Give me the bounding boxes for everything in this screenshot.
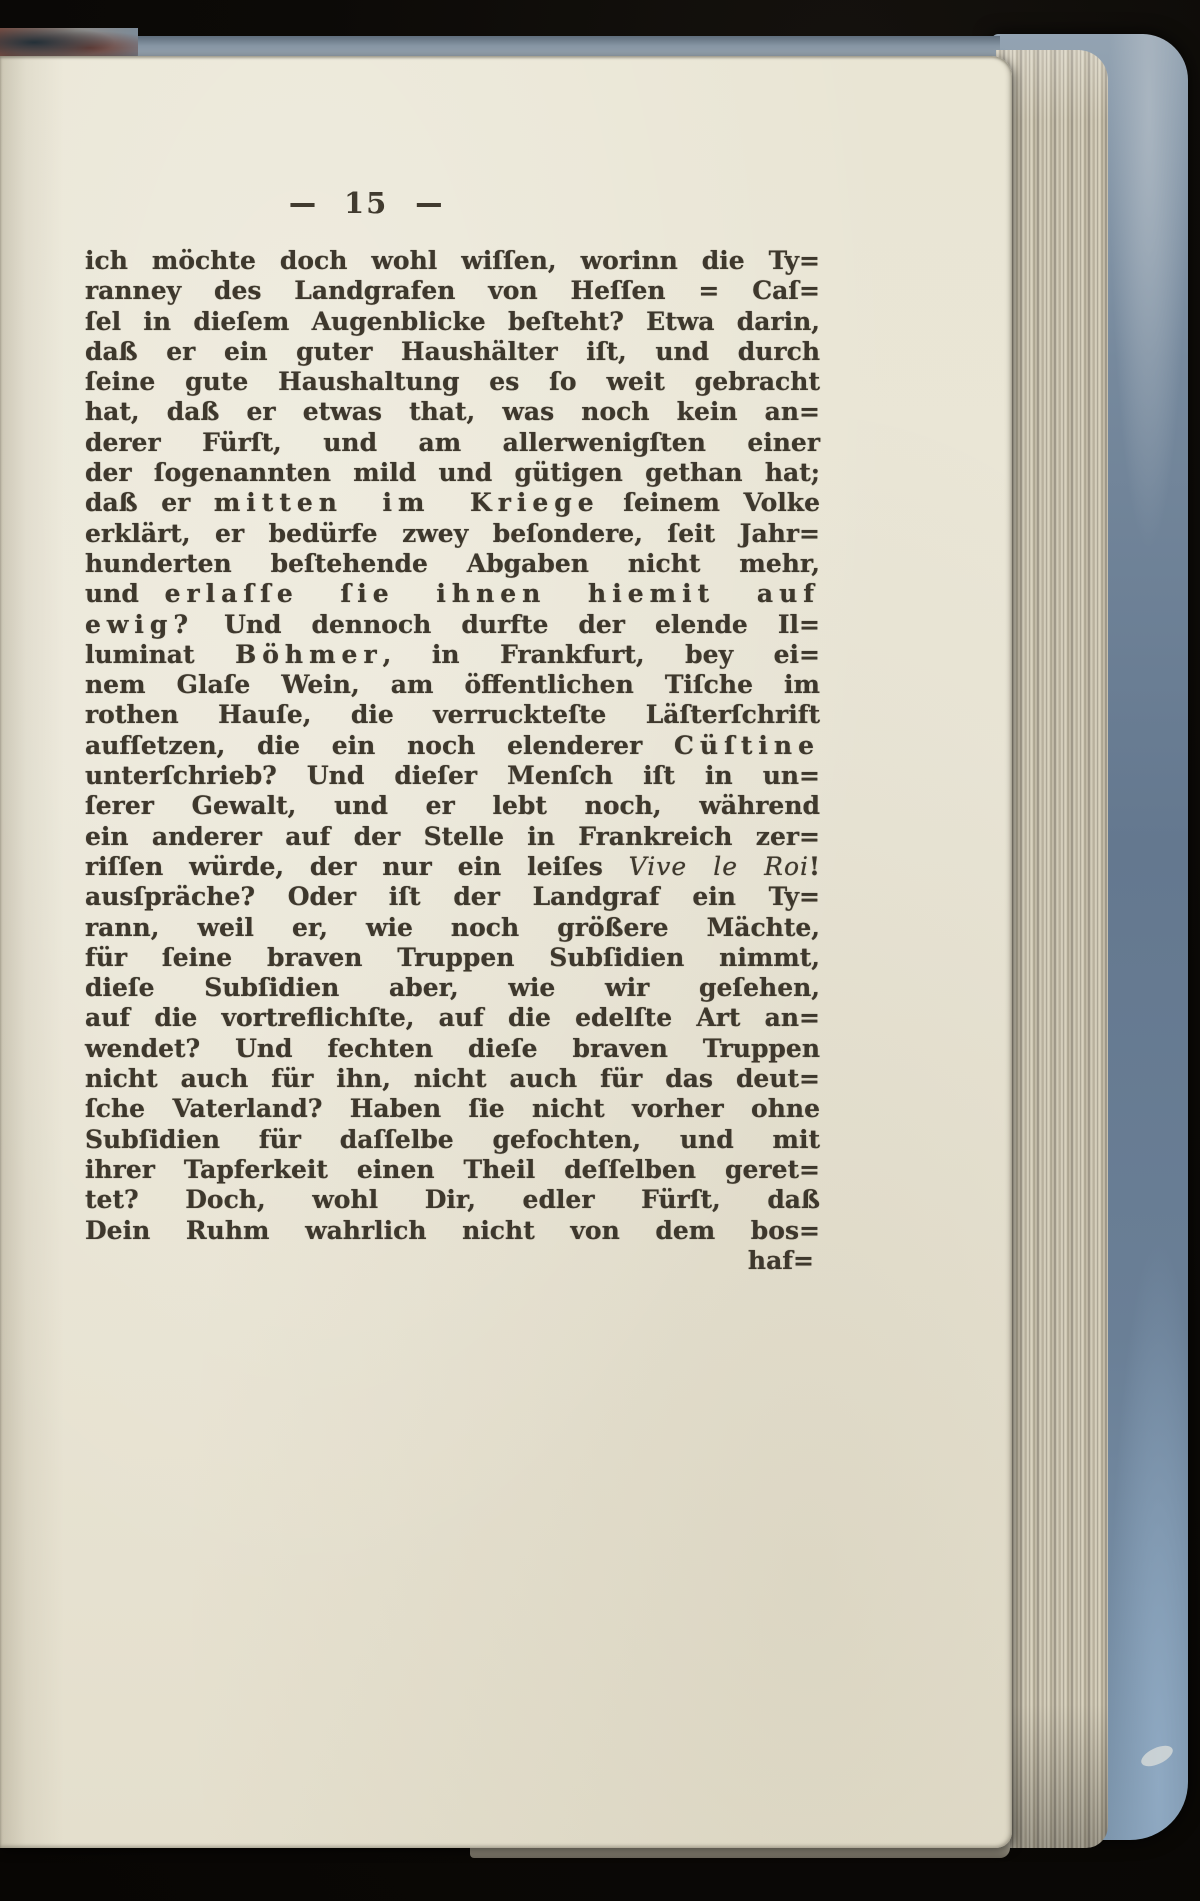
header-right-dash: — — [415, 184, 443, 223]
text-segment: aufſetzen, die ein noch elenderer — [85, 731, 674, 760]
text-segment: ſeine gute Haushaltung es ſo weit gebrac… — [85, 367, 820, 396]
text-segment: ihrer Tapferkeit einen Theil deſſelben g… — [85, 1155, 820, 1184]
header-left-dash: — — [289, 184, 317, 223]
text-segment: nem Glaſe Wein, am öffentlichen Tiſche i… — [85, 670, 820, 699]
emphasized-phrase: ewig? — [85, 610, 194, 639]
text-segment: auf die vortreflichſte, auf die edelſte … — [85, 1003, 820, 1032]
text-segment: tet? Doch, wohl Dir, edler Fürſt, daß — [85, 1185, 820, 1214]
text-line: ewig? Und dennoch durfte der elende Il= — [85, 610, 820, 640]
text-line: ich möchte doch wohl wiſſen, worinn die … — [85, 246, 820, 276]
emphasized-phrase: Cüſtine — [674, 731, 820, 760]
text-line: tet? Doch, wohl Dir, edler Fürſt, daß — [85, 1185, 820, 1215]
text-segment: und — [85, 579, 165, 608]
text-line: ſche Vaterland? Haben ſie nicht vorher o… — [85, 1094, 820, 1124]
text-segment: rann, weil er, wie noch größere Mächte, — [85, 913, 820, 942]
text-segment: hunderten beſtehende Abgaben nicht mehr, — [85, 549, 820, 578]
text-line: rann, weil er, wie noch größere Mächte, — [85, 913, 820, 943]
text-segment: riſſen würde, der nur ein leiſes — [85, 852, 629, 881]
text-line: luminat Böhmer, in Frankfurt, bey ei= — [85, 640, 820, 670]
text-line: hunderten beſtehende Abgaben nicht mehr, — [85, 549, 820, 579]
text-segment: ich möchte doch wohl wiſſen, worinn die … — [85, 246, 820, 275]
text-line: daß er ein guter Haushälter iſt, und dur… — [85, 337, 820, 367]
text-line: auf die vortreflichſte, auf die edelſte … — [85, 1003, 820, 1033]
text-block: ich möchte doch wohl wiſſen, worinn die … — [85, 246, 820, 1276]
text-line: rothen Hauſe, die verruckteſte Läſterſch… — [85, 700, 820, 730]
text-line: ausſpräche? Oder iſt der Landgraf ein Ty… — [85, 882, 820, 912]
text-line: dieſe Subſidien aber, wie wir geſehen, — [85, 973, 820, 1003]
text-line: nem Glaſe Wein, am öffentlichen Tiſche i… — [85, 670, 820, 700]
book-scan: — 15 — ich möchte doch wohl wiſſen, wori… — [0, 0, 1200, 1901]
text-segment: nicht auch für ihn, nicht auch für das d… — [85, 1064, 820, 1093]
text-line: und erlaſſe ſie ihnen hiemit auf — [85, 579, 820, 609]
text-segment: hat, daß er etwas that, was noch kein an… — [85, 397, 820, 426]
fore-edge-page-stack — [996, 50, 1108, 1848]
text-segment: wendet? Und fechten dieſe braven Truppen — [85, 1034, 820, 1063]
text-line: erklärt, er bedürfe zwey beſondere, ſeit… — [85, 519, 820, 549]
text-segment: Subſidien für daſſelbe gefochten, und mi… — [85, 1125, 820, 1154]
text-line: ſel in dieſem Augenblicke beſteht? Etwa … — [85, 307, 820, 337]
text-line: daß er mitten im Kriege ſeinem Volke — [85, 488, 820, 518]
catchword: haf= — [85, 1246, 820, 1276]
text-line: Dein Ruhm wahrlich nicht von dem bos= — [85, 1216, 820, 1246]
text-segment: ſel in dieſem Augenblicke beſteht? Etwa … — [85, 307, 820, 336]
text-line: nicht auch für ihn, nicht auch für das d… — [85, 1064, 820, 1094]
text-line: ranney des Landgrafen von Heſſen = Caſ= — [85, 276, 820, 306]
text-segment: ! — [809, 852, 820, 881]
emphasized-phrase: erlaſſe ſie ihnen hiemit auf — [165, 579, 820, 608]
text-segment: ausſpräche? Oder iſt der Landgraf ein Ty… — [85, 882, 820, 911]
text-segment: daß er ein guter Haushälter iſt, und dur… — [85, 337, 820, 366]
text-segment: unterſchrieb? Und dieſer Menſch iſt in u… — [85, 761, 820, 790]
cover-worn-spot — [1138, 1742, 1176, 1771]
text-line: wendet? Und fechten dieſe braven Truppen — [85, 1034, 820, 1064]
text-segment: ſche Vaterland? Haben ſie nicht vorher o… — [85, 1094, 820, 1123]
text-segment: Und dennoch durfte der elende Il= — [194, 610, 820, 639]
text-line: derer Fürſt, und am allerwenigſten einer — [85, 428, 820, 458]
page-number: 15 — [344, 186, 388, 220]
scanned-page: — 15 — ich möchte doch wohl wiſſen, wori… — [0, 56, 1012, 1848]
text-segment: ein anderer auf der Stelle in Frankreich… — [85, 822, 820, 851]
text-segment: , in Frankfurt, bey ei= — [383, 640, 820, 669]
text-segment: daß er — [85, 488, 214, 517]
text-line: für ſeine braven Truppen Subſidien nimmt… — [85, 943, 820, 973]
text-segment: für ſeine braven Truppen Subſidien nimmt… — [85, 943, 820, 972]
text-segment: ranney des Landgrafen von Heſſen = Caſ= — [85, 276, 820, 305]
text-line: aufſetzen, die ein noch elenderer Cüſtin… — [85, 731, 820, 761]
emphasized-phrase: mitten im Kriege — [214, 488, 600, 517]
text-line: riſſen würde, der nur ein leiſes Vive le… — [85, 852, 820, 882]
text-segment: Dein Ruhm wahrlich nicht von dem bos= — [85, 1216, 820, 1245]
emphasized-phrase: Böhmer — [235, 640, 383, 669]
text-line: unterſchrieb? Und dieſer Menſch iſt in u… — [85, 761, 820, 791]
text-line: Subſidien für daſſelbe gefochten, und mi… — [85, 1125, 820, 1155]
text-segment: erklärt, er bedürfe zwey beſondere, ſeit… — [85, 519, 820, 548]
text-line: der ſogenannten mild und gütigen gethan … — [85, 458, 820, 488]
text-segment: rothen Hauſe, die verruckteſte Läſterſch… — [85, 700, 820, 729]
text-line: ſeine gute Haushaltung es ſo weit gebrac… — [85, 367, 820, 397]
page-header: — 15 — — [85, 186, 820, 220]
text-segment: dieſe Subſidien aber, wie wir geſehen, — [85, 973, 820, 1002]
text-segment: ſerer Gewalt, und er lebt noch, während — [85, 791, 820, 820]
text-line: ihrer Tapferkeit einen Theil deſſelben g… — [85, 1155, 820, 1185]
text-line: ſerer Gewalt, und er lebt noch, während — [85, 791, 820, 821]
text-segment: der ſogenannten mild und gütigen gethan … — [85, 458, 820, 487]
text-segment: luminat — [85, 640, 235, 669]
text-segment: derer Fürſt, und am allerwenigſten einer — [85, 428, 820, 457]
text-segment: ſeinem Volke — [600, 488, 820, 517]
text-line: ein anderer auf der Stelle in Frankreich… — [85, 822, 820, 852]
page-number-group: — 15 — — [85, 186, 820, 220]
text-line: hat, daß er etwas that, was noch kein an… — [85, 397, 820, 427]
italic-phrase: Vive le Roi — [629, 852, 809, 881]
